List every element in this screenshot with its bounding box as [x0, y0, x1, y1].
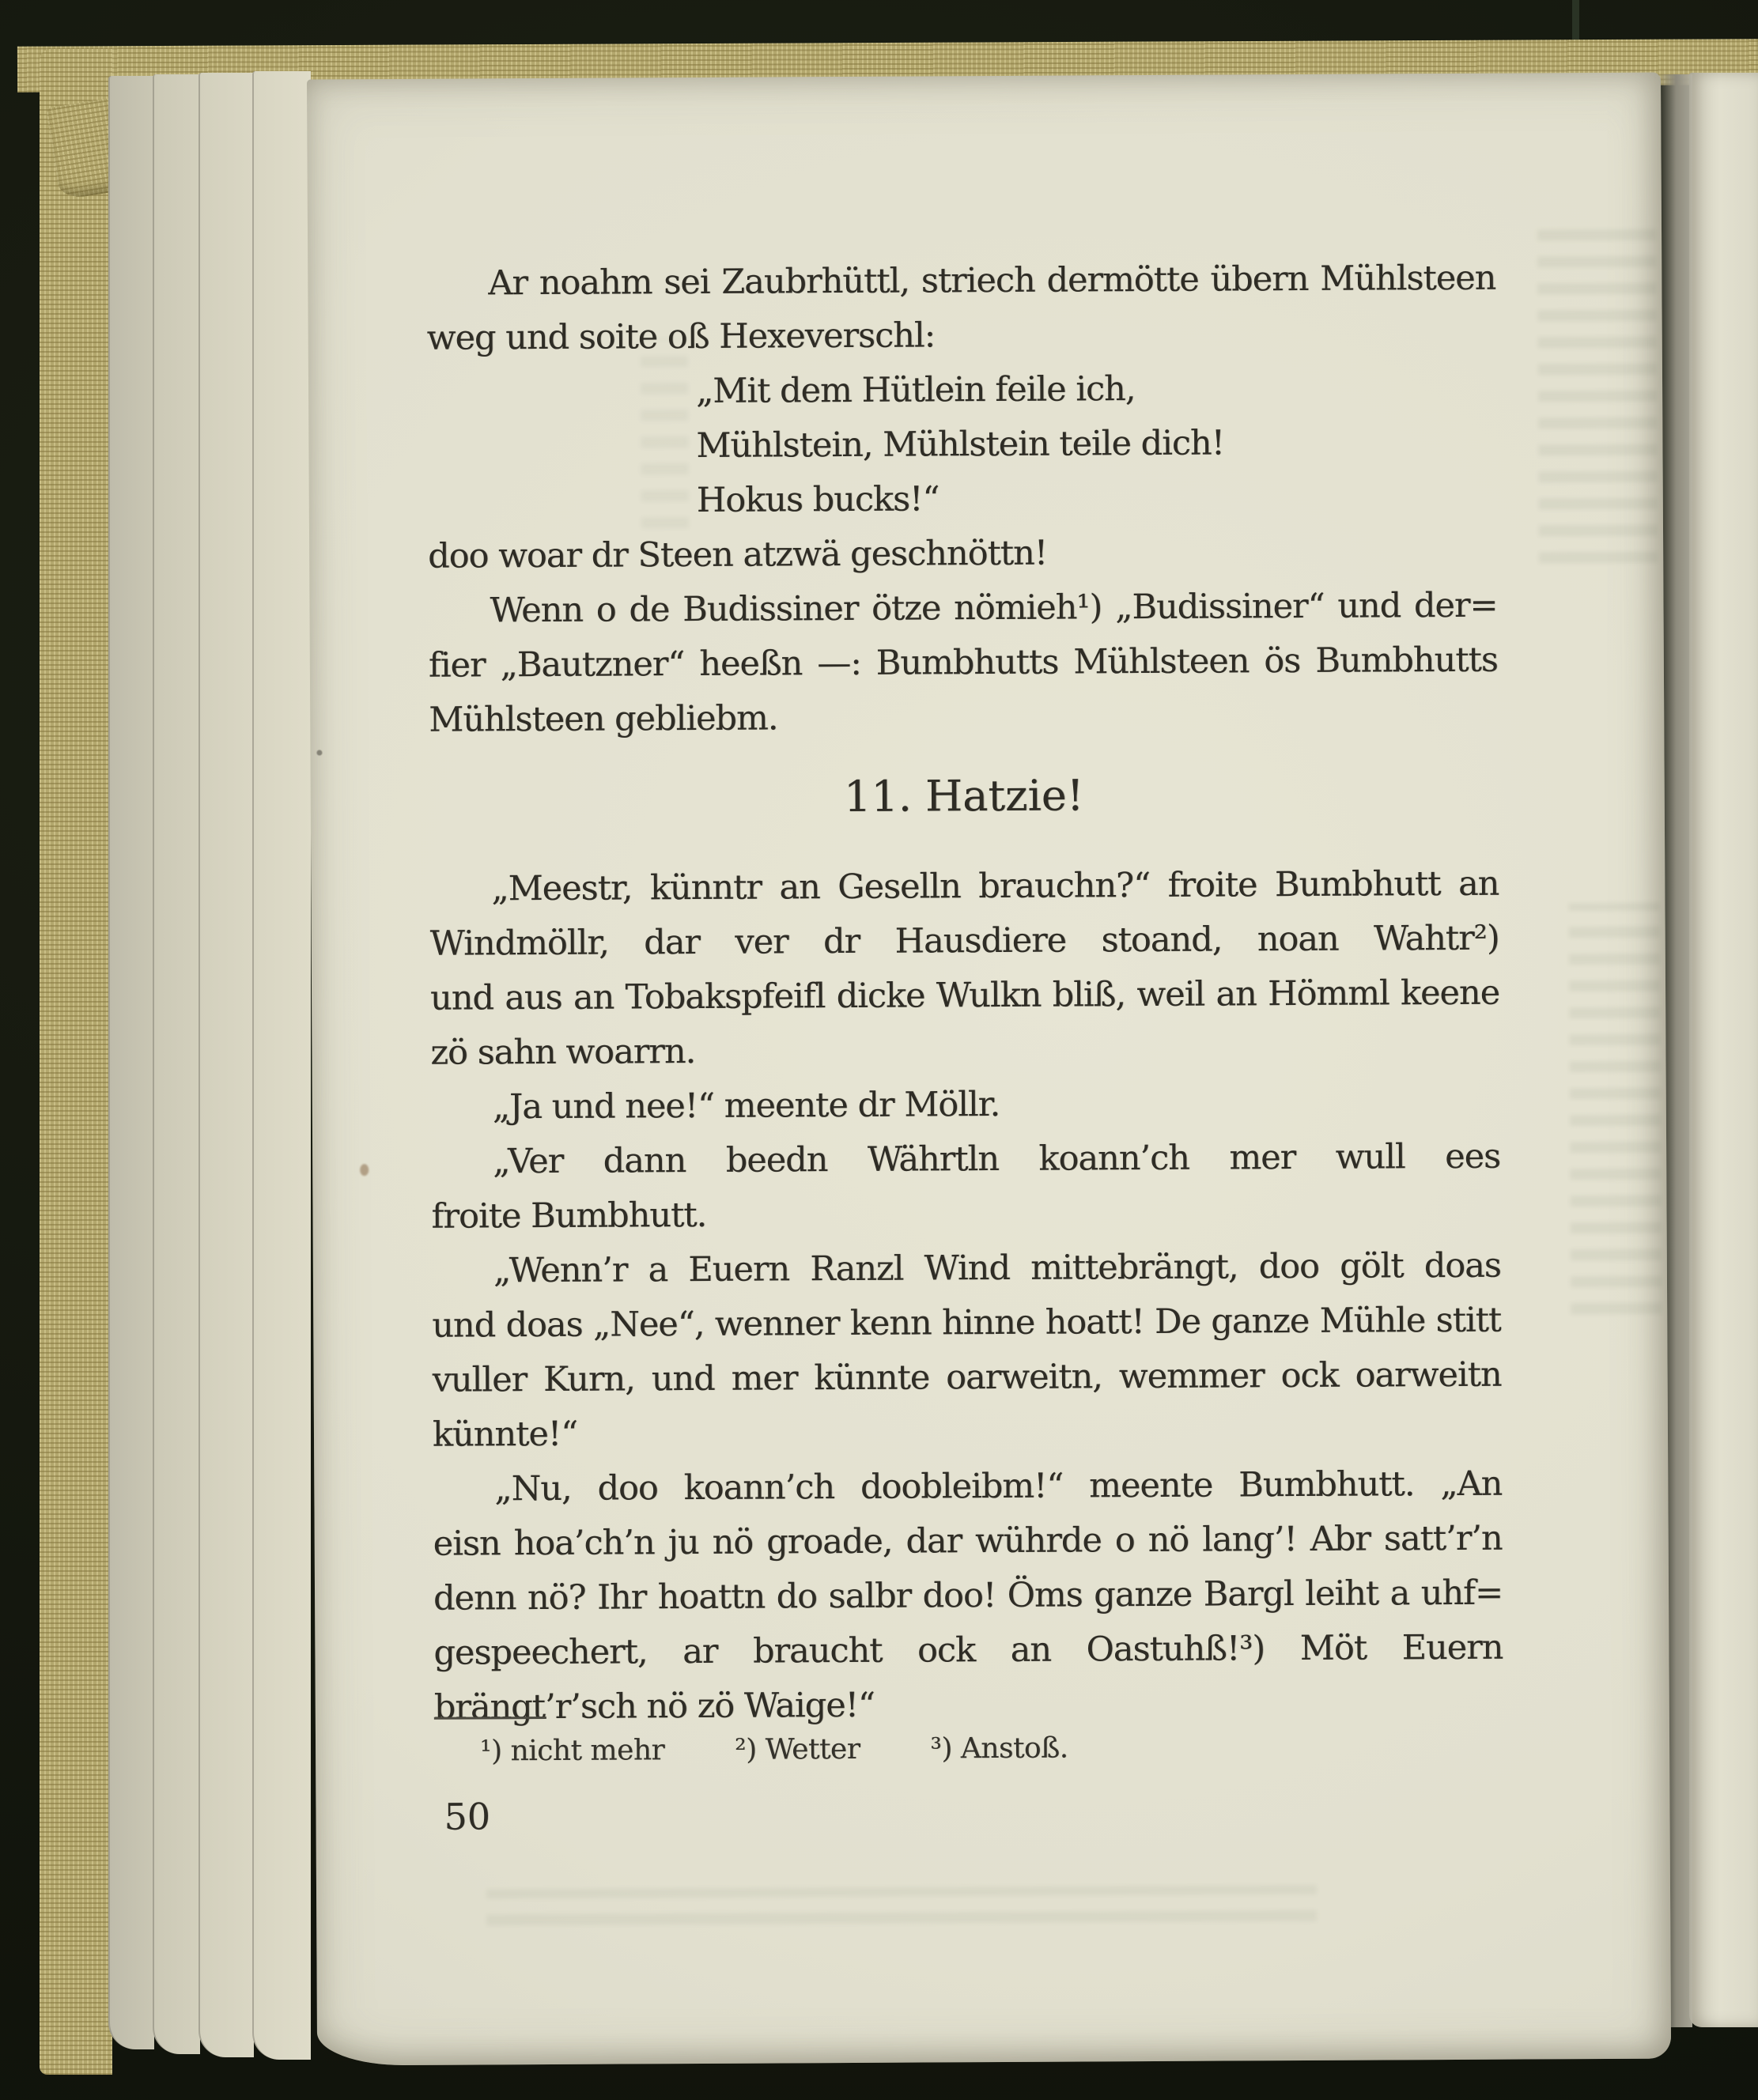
footnote-item-1: ¹) nicht mehr [480, 1734, 664, 1767]
text-line: und aus an Tobakspfeifl dicke Wulkn bliß… [430, 966, 1499, 1026]
footnote-item-3: ³) Anstoß. [930, 1732, 1068, 1766]
page-number: 50 [444, 1792, 490, 1840]
text-line: froite Bumbhutt. [431, 1184, 1500, 1245]
ink-speck [360, 1164, 369, 1176]
page-edge-stack-4 [252, 71, 311, 2060]
text-line: weg und soite oß Hexeverschl: [427, 306, 1496, 366]
ink-speck [316, 750, 322, 755]
footnotes: ¹) nicht mehr ²) Wetter ³) Anstoß. [480, 1724, 1508, 1774]
text-line: „Ja und nee!“ meente dr Möllr. [431, 1075, 1500, 1135]
text-line: „Ver dann beedn Währtln koann’ch mer wul… [431, 1130, 1500, 1190]
page-edge-stack-3 [198, 73, 254, 2057]
page-edge-stack-2 [153, 74, 200, 2054]
facing-page-edge [1689, 73, 1758, 2027]
text-line: „Wenn’r a Euern Ranzl Wind mittebrängt, … [432, 1239, 1501, 1299]
verse-line: Mühlstein, Mühlstein teile dich! [427, 415, 1496, 475]
photo-backdrop: Ar noahm sei Zaubrhüttl, striech dermött… [0, 0, 1758, 2100]
text-line: Mühlsteen gebliebm. [429, 688, 1498, 748]
text-line: Ar noahm sei Zaubrhüttl, striech dermött… [426, 251, 1495, 312]
verse-line: „Mit dem Hütlein feile ich, [427, 361, 1496, 421]
text-line: zö sahn woarrn. [430, 1021, 1499, 1081]
text-line: vuller Kurn, und mer künnte oarweitn, we… [432, 1348, 1501, 1408]
text-line: fier „Bautzner“ heeßn —: Bumbhutts Mühls… [429, 633, 1498, 693]
text-line: und doas „Nee“, wenner kenn hinne hoatt!… [432, 1294, 1501, 1354]
showthrough-ghost-text [1568, 903, 1662, 1315]
text-line: „Meestr, künntr an Geselln brauchn?“ fro… [429, 857, 1499, 917]
text-line: denn nö? Ihr hoattn do salbr doo! Öms ga… [433, 1566, 1503, 1626]
section-heading: 11. Hatzie! [429, 766, 1499, 827]
text-block: Ar noahm sei Zaubrhüttl, striech dermött… [426, 251, 1503, 1736]
text-line: Windmöllr, dar ver dr Hausdiere stoand, … [430, 912, 1499, 972]
book-cover-cloth-spine [40, 49, 112, 2075]
text-line: doo woar dr Steen atzwä geschnöttn! [428, 524, 1497, 584]
book-page: Ar noahm sei Zaubrhüttl, striech dermött… [307, 73, 1671, 2066]
page-edge-stack-1 [108, 76, 154, 2049]
text-line: „Nu, doo koann’ch doobleibm!“ meente Bum… [433, 1457, 1502, 1517]
verse-line: Hokus bucks!“ [428, 470, 1497, 530]
text-line: Wenn o de Budissiner ötze nömieh¹) „Budi… [428, 579, 1497, 639]
footnote-item-2: ²) Wetter [735, 1733, 860, 1766]
text-line: künnte!“ [433, 1403, 1502, 1463]
showthrough-ghost-text [486, 1885, 1317, 1925]
text-line: gespeechert, ar braucht ock an Oastuhß!³… [433, 1621, 1503, 1681]
showthrough-ghost-text [1537, 223, 1658, 564]
text-line: eisn hoa’ch’n ju nö groade, dar wührde o… [433, 1512, 1503, 1572]
